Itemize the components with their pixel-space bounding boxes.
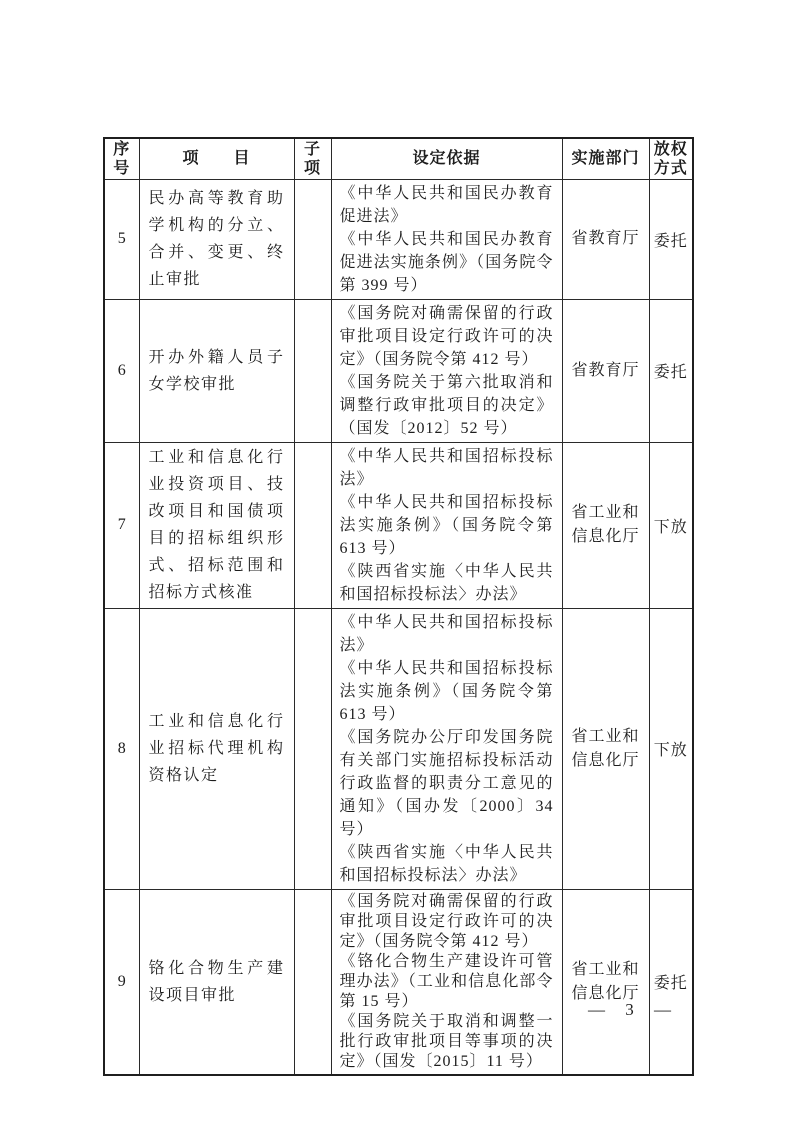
cell-project: 铬化合物生产建设项目审批 (139, 889, 294, 1075)
citation: 《中华人民共和国招标投标法》 (340, 445, 554, 491)
cell-project: 开办外籍人员子女学校审批 (139, 299, 294, 442)
cell-serial: 5 (104, 179, 139, 299)
cell-subitem (294, 299, 331, 442)
document-page: 序号 项 目 子项 设定依据 实施部门 放权方式 5 民办高等教育助学机构的分立… (0, 0, 793, 1123)
cell-serial: 7 (104, 442, 139, 608)
cell-subitem (294, 442, 331, 608)
table-row-9: 9 铬化合物生产建设项目审批 《国务院对确需保留的行政审批项目设定行政许可的决定… (104, 889, 693, 1075)
cell-project: 工业和信息化行业投资项目、技改项目和国债项目的招标组织形式、招标范围和招标方式核… (139, 442, 294, 608)
cell-project: 民办高等教育助学机构的分立、合并、变更、终止审批 (139, 179, 294, 299)
citation: 《铬化合物生产建设许可管理办法》（工业和信息化部令第 15 号） (340, 952, 554, 1012)
page-number: — 3 — (560, 1000, 700, 1020)
citation: 《中华人民共和国民办教育促进法实施条例》（国务院令第 399 号） (340, 228, 554, 297)
citation: 《国务院办公厅印发国务院有关部门实施招标投标活动行政监督的职责分工意见的通知》（… (340, 726, 554, 841)
cell-method: 委托 (649, 889, 693, 1075)
citation: 《国务院关于取消和调整一批行政审批项目等事项的决定》（国发〔2015〕11 号） (340, 1012, 554, 1072)
citation: 《国务院对确需保留的行政审批项目设定行政许可的决定》（国务院令第 412 号） (340, 302, 554, 371)
cell-department: 省工业和信息化厅 (562, 442, 649, 608)
approval-items-table: 序号 项 目 子项 设定依据 实施部门 放权方式 5 民办高等教育助学机构的分立… (103, 137, 694, 1076)
citation: 《陕西省实施〈中华人民共和国招标投标法〉办法》 (340, 560, 554, 606)
col-header-department: 实施部门 (562, 138, 649, 179)
col-header-project: 项 目 (139, 138, 294, 179)
table-row-7: 7 工业和信息化行业投资项目、技改项目和国债项目的招标组织形式、招标范围和招标方… (104, 442, 693, 608)
table-row-6: 6 开办外籍人员子女学校审批 《国务院对确需保留的行政审批项目设定行政许可的决定… (104, 299, 693, 442)
cell-project: 工业和信息化行业招标代理机构资格认定 (139, 608, 294, 889)
cell-basis: 《国务院对确需保留的行政审批项目设定行政许可的决定》（国务院令第 412 号） … (331, 299, 562, 442)
cell-basis: 《中华人民共和国招标投标法》 《中华人民共和国招标投标法实施条例》（国务院令第 … (331, 608, 562, 889)
cell-subitem (294, 889, 331, 1075)
cell-method: 下放 (649, 608, 693, 889)
cell-subitem (294, 608, 331, 889)
citation: 《国务院关于第六批取消和调整行政审批项目的决定》（国发〔2012〕52 号） (340, 371, 554, 440)
cell-basis: 《国务院对确需保留的行政审批项目设定行政许可的决定》（国务院令第 412 号） … (331, 889, 562, 1075)
cell-subitem (294, 179, 331, 299)
citation: 《中华人民共和国招标投标法实施条例》（国务院令第 613 号） (340, 657, 554, 726)
table-row-8: 8 工业和信息化行业招标代理机构资格认定 《中华人民共和国招标投标法》 《中华人… (104, 608, 693, 889)
col-header-subitem: 子项 (294, 138, 331, 179)
cell-department: 省工业和信息化厅 (562, 608, 649, 889)
cell-method: 下放 (649, 442, 693, 608)
cell-serial: 9 (104, 889, 139, 1075)
table-row-5: 5 民办高等教育助学机构的分立、合并、变更、终止审批 《中华人民共和国民办教育促… (104, 179, 693, 299)
cell-method: 委托 (649, 299, 693, 442)
cell-method: 委托 (649, 179, 693, 299)
citation: 《国务院对确需保留的行政审批项目设定行政许可的决定》（国务院令第 412 号） (340, 892, 554, 952)
citation: 《中华人民共和国民办教育促进法》 (340, 182, 554, 228)
col-header-method: 放权方式 (649, 138, 693, 179)
cell-department: 省工业和信息化厅 (562, 889, 649, 1075)
citation: 《中华人民共和国招标投标法》 (340, 611, 554, 657)
cell-department: 省教育厅 (562, 179, 649, 299)
cell-basis: 《中华人民共和国招标投标法》 《中华人民共和国招标投标法实施条例》（国务院令第 … (331, 442, 562, 608)
cell-department: 省教育厅 (562, 299, 649, 442)
col-header-serial: 序号 (104, 138, 139, 179)
citation: 《陕西省实施〈中华人民共和国招标投标法〉办法》 (340, 841, 554, 887)
col-header-basis: 设定依据 (331, 138, 562, 179)
cell-basis: 《中华人民共和国民办教育促进法》 《中华人民共和国民办教育促进法实施条例》（国务… (331, 179, 562, 299)
citation: 《中华人民共和国招标投标法实施条例》（国务院令第 613 号） (340, 491, 554, 560)
cell-serial: 8 (104, 608, 139, 889)
cell-serial: 6 (104, 299, 139, 442)
table-header-row: 序号 项 目 子项 设定依据 实施部门 放权方式 (104, 138, 693, 179)
